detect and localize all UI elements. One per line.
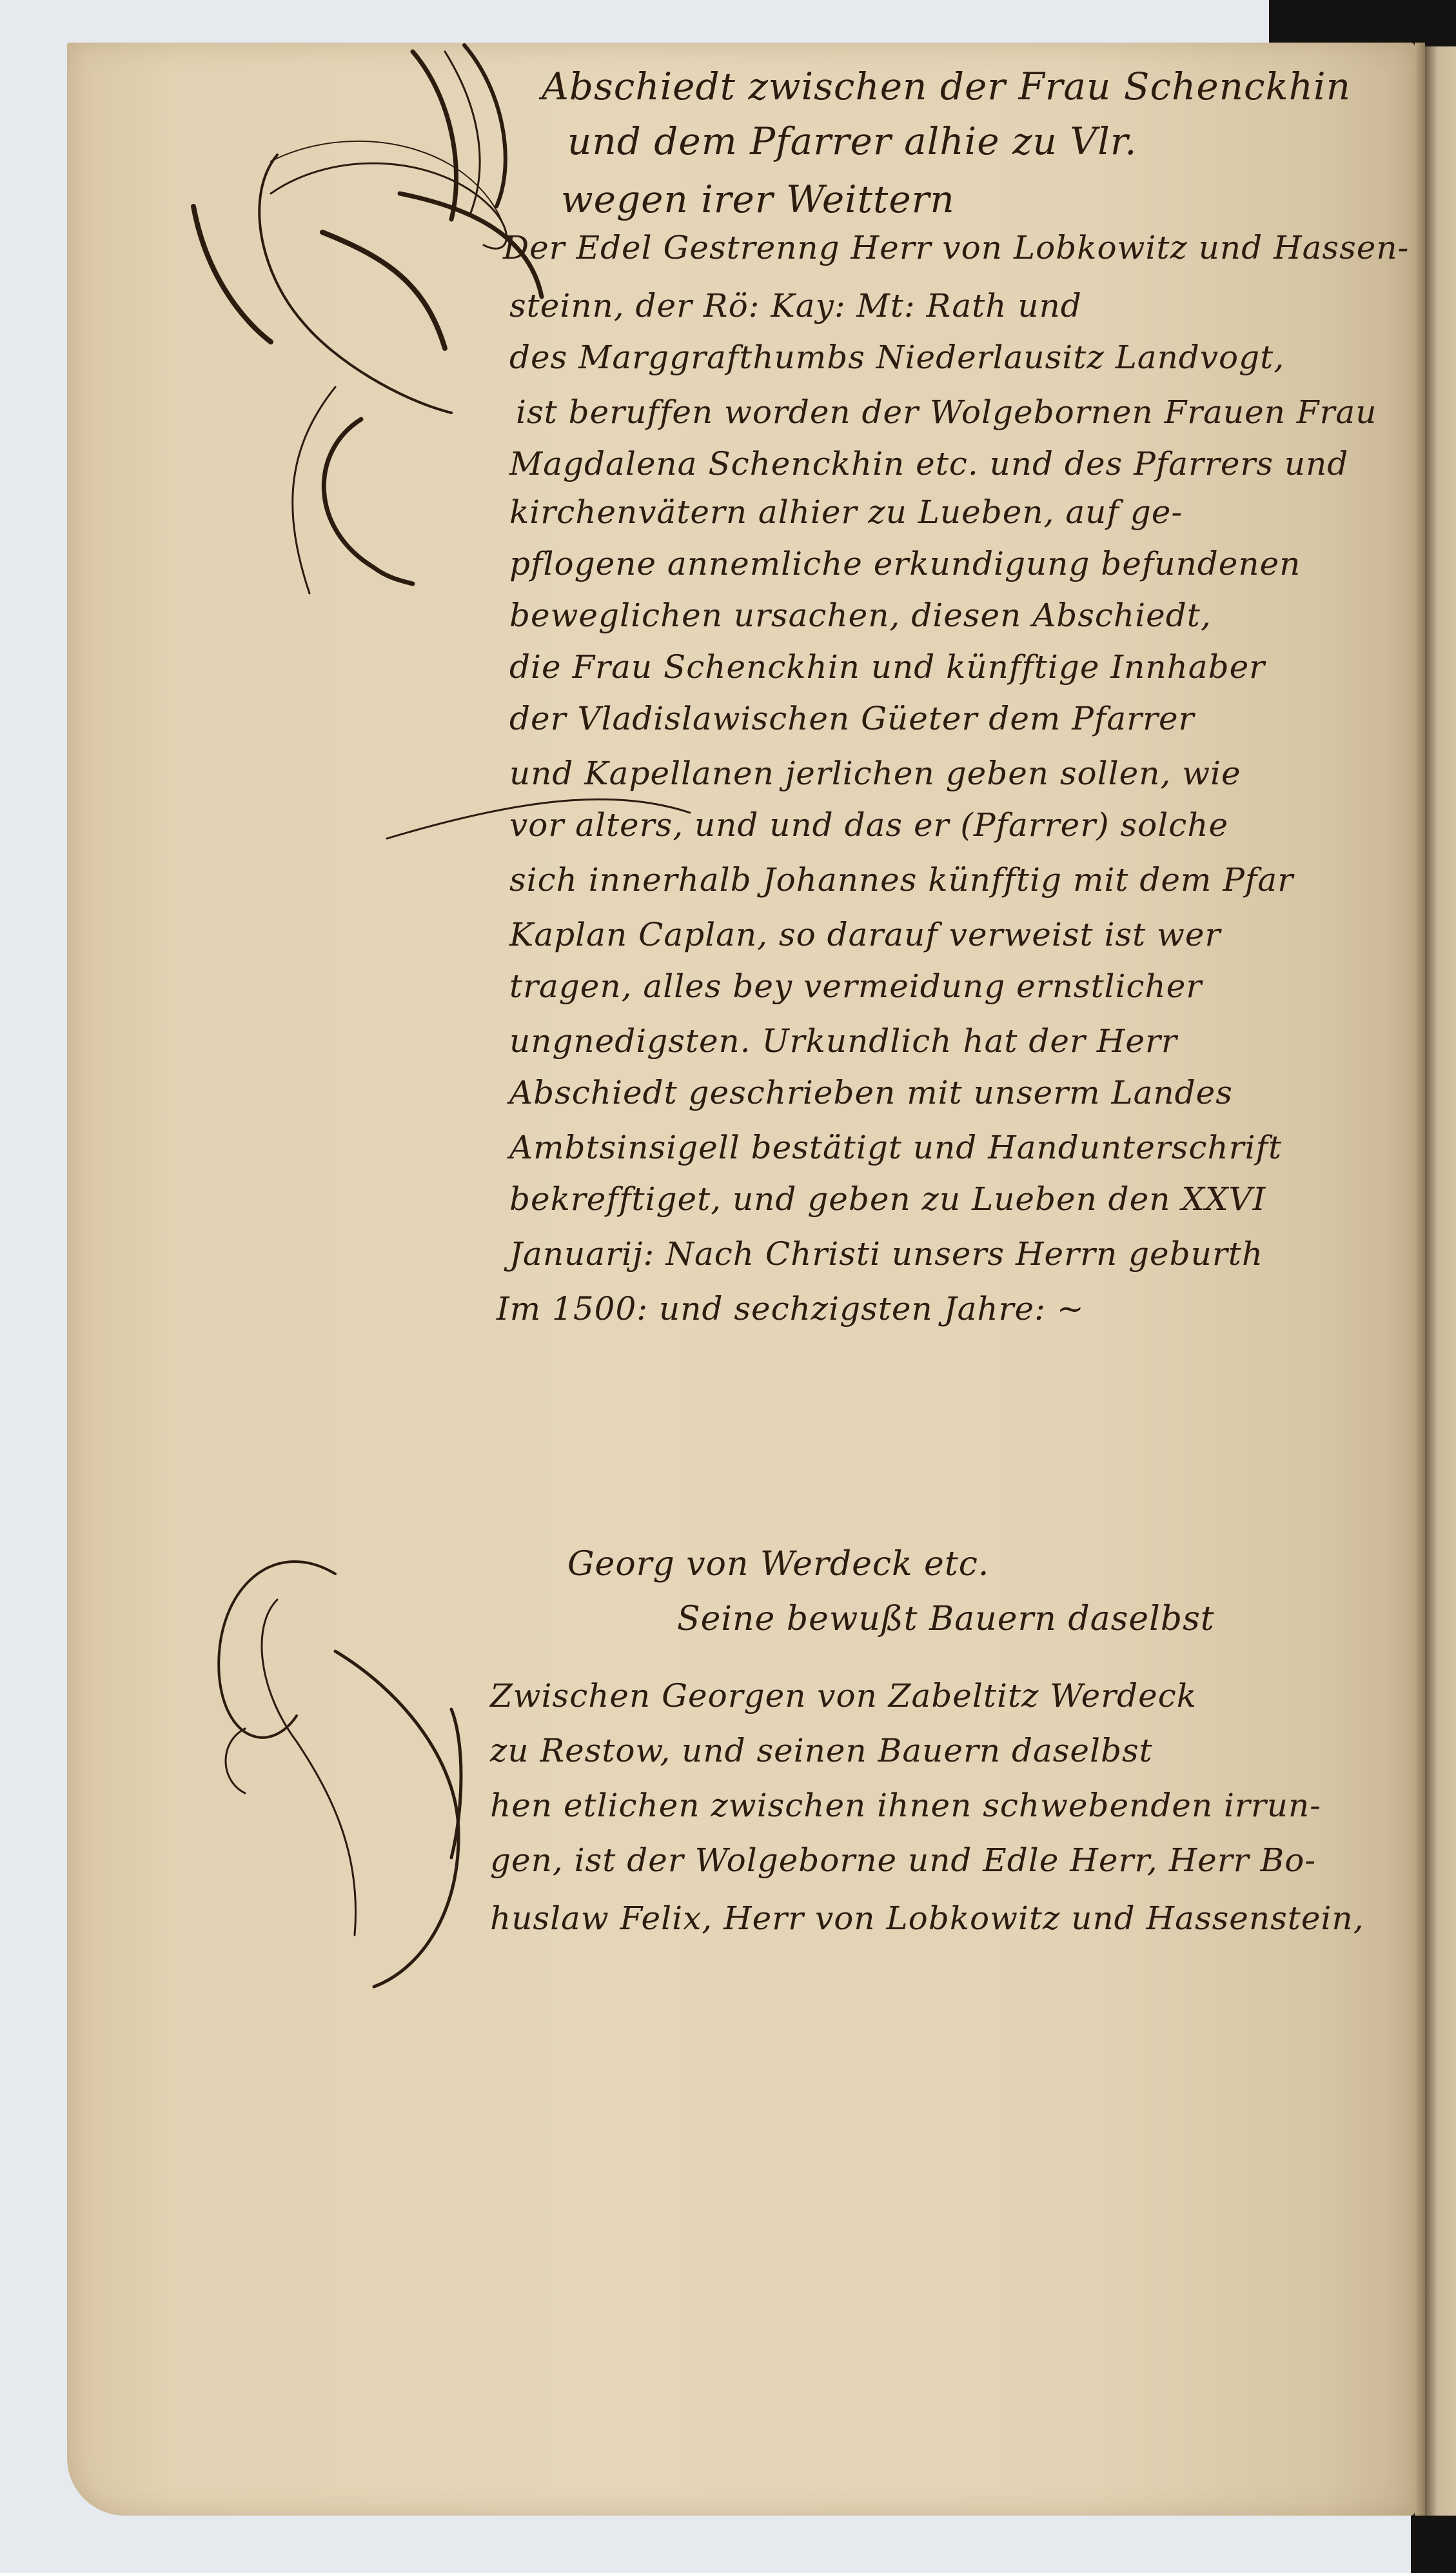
body-line: gen, ist der Wolgeborne und Edle Herr, H… bbox=[490, 1842, 1316, 1879]
body-line: huslaw Felix, Herr von Lobkowitz und Has… bbox=[490, 1900, 1364, 1937]
body-line: hen etlichen zwischen ihnen schwebenden … bbox=[490, 1787, 1321, 1824]
body-line: Kaplan Caplan, so darauf verweist ist we… bbox=[509, 916, 1221, 953]
body-line: Magdalena Schenckhin etc. und des Pfarre… bbox=[509, 445, 1348, 482]
body-line: pflogene annemliche erkundigung befunden… bbox=[509, 545, 1301, 582]
body-line: der Vladislawischen Güeter dem Pfarrer bbox=[509, 700, 1194, 737]
body-line: Der Edel Gestrenng Herr von Lobkowitz un… bbox=[503, 229, 1409, 266]
body-line: Abschiedt geschrieben mit unserm Landes bbox=[509, 1074, 1233, 1111]
page-edge bbox=[1415, 43, 1425, 2516]
body-line: ist beruffen worden der Wolgebornen Frau… bbox=[516, 393, 1377, 431]
heading-line-2: und dem Pfarrer alhie zu Vlr. bbox=[567, 119, 1137, 163]
heading-line-1: Abschiedt zwischen der Frau Schenckhin bbox=[542, 65, 1351, 108]
body-line: sich innerhalb Johannes künfftig mit dem… bbox=[509, 861, 1294, 899]
body-line: Ambtsinsigell bestätigt und Handuntersch… bbox=[509, 1129, 1282, 1166]
body-line: Zwischen Georgen von Zabeltitz Werdeck bbox=[490, 1677, 1197, 1714]
body-line: und Kapellanen jerlichen geben sollen, w… bbox=[509, 755, 1241, 792]
body-line: beweglichen ursachen, diesen Abschiedt, bbox=[509, 597, 1212, 634]
gutter-shadow-top bbox=[1269, 0, 1456, 46]
body-line: Im 1500: und sechzigsten Jahre: ~ bbox=[497, 1290, 1085, 1327]
body-line: zu Restow, und seinen Bauern daselbst bbox=[490, 1732, 1153, 1769]
body-line: die Frau Schenckhin und künfftige Innhab… bbox=[509, 648, 1265, 686]
body-line: ungnedigsten. Urkundlich hat der Herr bbox=[509, 1022, 1177, 1060]
body-line: tragen, alles bey vermeidung ernstlicher bbox=[509, 968, 1202, 1005]
heading-line-3: wegen irer Weittern bbox=[561, 177, 955, 221]
subheading-line-2: Seine bewußt Bauern daselbst bbox=[677, 1600, 1215, 1638]
body-line: bekrefftiget, und geben zu Lueben den XX… bbox=[509, 1180, 1266, 1218]
body-line: Januarij: Nach Christi unsers Herrn gebu… bbox=[509, 1235, 1263, 1273]
facing-page-edge bbox=[1425, 46, 1456, 2516]
subheading-line-1: Georg von Werdeck etc. bbox=[567, 1545, 989, 1584]
body-line: kirchenvätern alhier zu Lueben, auf ge- bbox=[509, 493, 1183, 531]
body-line: steinn, der Rö: Kay: Mt: Rath und bbox=[509, 287, 1082, 324]
body-line: des Marggrafthumbs Niederlausitz Landvog… bbox=[509, 339, 1284, 376]
body-line: vor alters, und und das er (Pfarrer) sol… bbox=[509, 806, 1228, 844]
